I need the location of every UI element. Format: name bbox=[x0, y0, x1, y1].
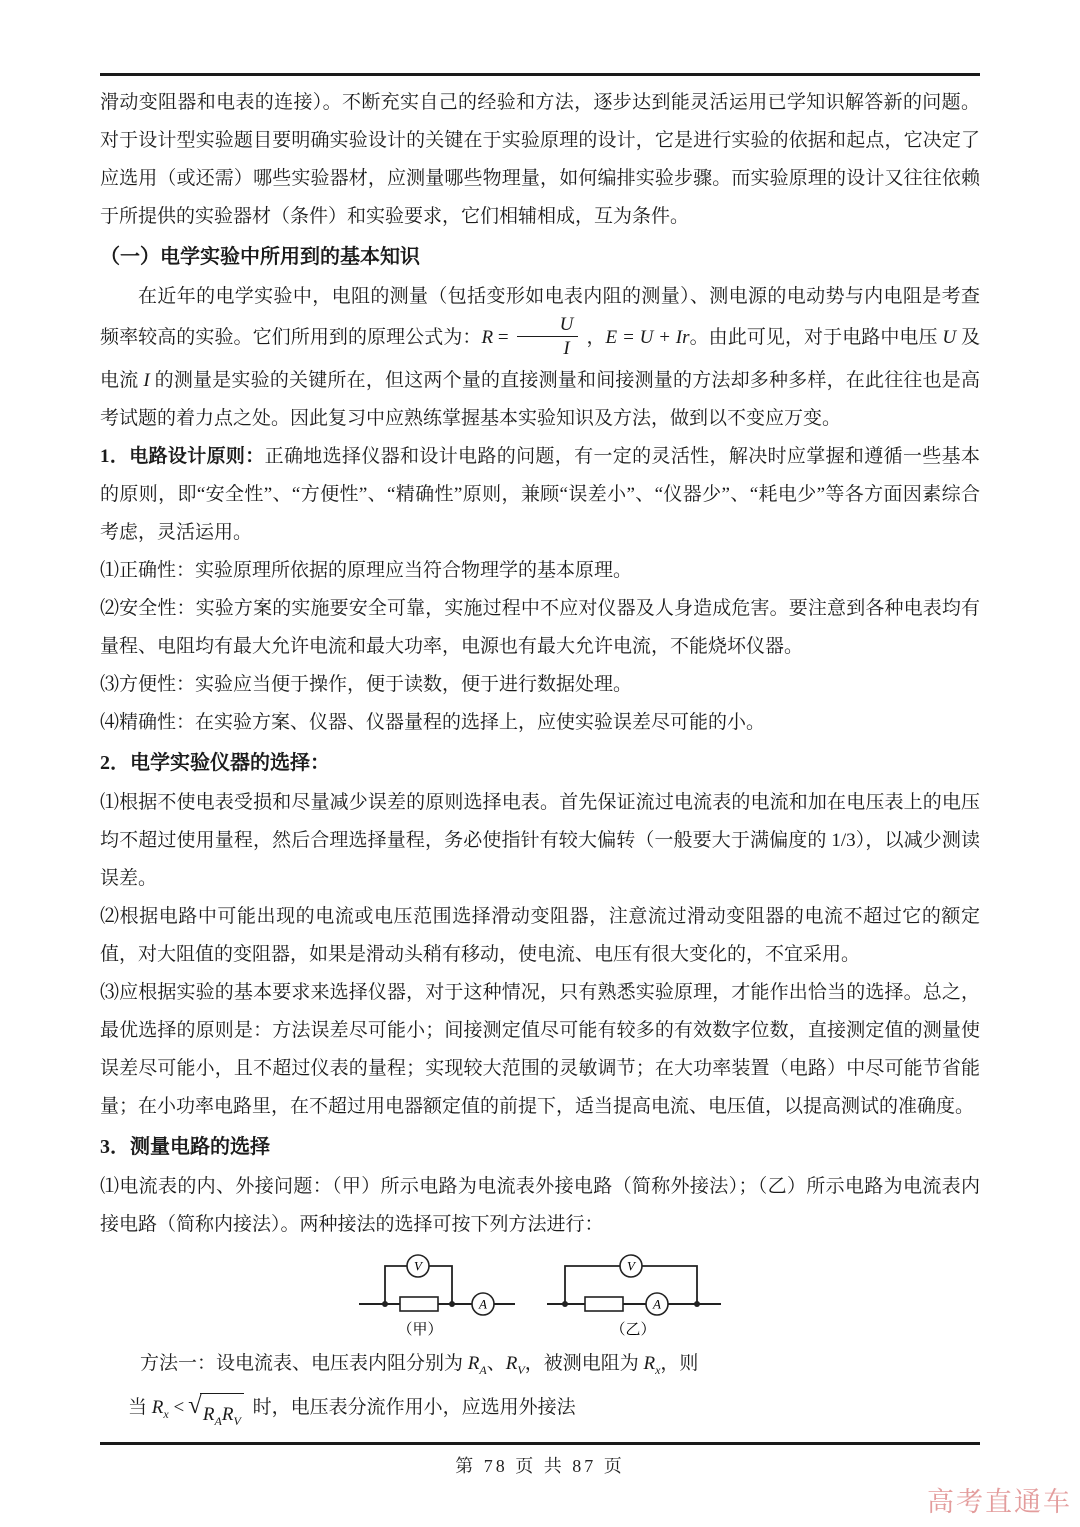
overview-text-mid1: 。由此可见，对于电路中电压 bbox=[690, 327, 943, 348]
diagram-label-jia: （甲） bbox=[397, 1321, 442, 1338]
method-text-end: ，则 bbox=[660, 1353, 698, 1374]
var-rv: R bbox=[506, 1353, 518, 1374]
resistor-icon bbox=[400, 1297, 438, 1311]
top-rule bbox=[100, 73, 980, 76]
var-rv-sub: V bbox=[517, 1363, 524, 1377]
formula-emf: E = U + Ir bbox=[606, 327, 690, 348]
rule-text-pre: 当 bbox=[128, 1397, 152, 1418]
principle-item-correctness: ⑴正确性：实验原理所依据的原理应当符合物理学的基本原理。 bbox=[100, 552, 980, 590]
method-separator: 、 bbox=[487, 1353, 506, 1374]
method-one-rule-line: 当 Rx <√RARV 时，电压表分流作用小，应选用外接法 bbox=[100, 1389, 980, 1440]
var-ra: R bbox=[468, 1353, 480, 1374]
method-text-pre: 方法一：设电流表、电压表内阻分别为 bbox=[140, 1353, 468, 1374]
radicand: RARV bbox=[200, 1393, 244, 1440]
formula-fraction: UI bbox=[514, 314, 582, 360]
measurement-heading: 3．测量电路的选择 bbox=[100, 1128, 980, 1166]
section-heading: （一）电学实验中所用到的基本知识 bbox=[100, 238, 980, 276]
diagram-label-yi: （乙） bbox=[610, 1321, 655, 1338]
junction-dot bbox=[382, 1301, 388, 1307]
principle-item-accuracy: ⑷精确性：在实验方案、仪器、仪器量程的选择上，应使实验误差尽可能的小。 bbox=[100, 704, 980, 742]
var-rv: R bbox=[222, 1404, 234, 1425]
page-content: 滑动变阻器和电表的连接）。不断充实自己的经验和方法，逐步达到能灵活运用已学知识解… bbox=[0, 73, 1080, 1440]
less-than-sign: < bbox=[173, 1397, 184, 1418]
rule-text-post: 时，电压表分流作用小，应选用外接法 bbox=[248, 1397, 576, 1418]
principle-item-safety: ⑵安全性：实验方案的实施要安全可靠，实施过程中不应对仪器及人身造成危害。要注意到… bbox=[100, 590, 980, 666]
page-number: 第 78 页 共 87 页 bbox=[0, 1452, 1080, 1478]
principles-paragraph: 1．电路设计原则：正确地选择仪器和设计电路的问题，有一定的灵活性，解决时应掌握和… bbox=[100, 438, 980, 552]
ammeter-label: A bbox=[652, 1296, 661, 1311]
watermark: 高考直通车 bbox=[927, 1480, 1072, 1519]
resistor-icon bbox=[585, 1297, 623, 1311]
var-ra-sub: A bbox=[479, 1363, 486, 1377]
method-text-mid: ，被测电阻为 bbox=[525, 1353, 644, 1374]
measurement-item-1: ⑴电流表的内、外接问题：（甲）所示电路为电流表外接电路（简称外接法）；（乙）所示… bbox=[100, 1168, 980, 1244]
var-ra: R bbox=[203, 1404, 215, 1425]
instrument-item-2: ⑵根据电路中可能出现的电流或电压范围选择滑动变阻器，注意流过滑动变阻器的电流不超… bbox=[100, 898, 980, 974]
overview-paragraph: 在近年的电学实验中，电阻的测量（包括变形如电表内阻的测量）、测电源的电动势与内电… bbox=[100, 278, 980, 438]
fraction-denominator: I bbox=[517, 336, 577, 360]
var-rx-sub: x bbox=[163, 1407, 168, 1421]
junction-dot bbox=[449, 1301, 455, 1307]
instrument-item-1: ⑴根据不使电表受损和尽量减少误差的原则选择电表。首先保证流过电流表的电流和加在电… bbox=[100, 784, 980, 898]
var-rx: R bbox=[643, 1353, 655, 1374]
instrument-item-3: ⑶应根据实验的基本要求来选择仪器，对于这种情况，只有熟悉实验原理，才能作出恰当的… bbox=[100, 974, 980, 1126]
junction-dot bbox=[694, 1301, 700, 1307]
junction-dot bbox=[562, 1301, 568, 1307]
formula-r-equals: = bbox=[498, 327, 509, 348]
bottom-rule bbox=[100, 1442, 980, 1445]
circuit-diagram-jia-external: V A （甲） bbox=[357, 1252, 517, 1340]
document-page: 滑动变阻器和电表的连接）。不断充实自己的经验和方法，逐步达到能灵活运用已学知识解… bbox=[0, 0, 1080, 1527]
var-voltage: U bbox=[942, 327, 956, 348]
ammeter-label: A bbox=[478, 1296, 487, 1311]
var-ra-sub: A bbox=[215, 1414, 222, 1428]
overview-comma: ， bbox=[586, 327, 605, 348]
principles-heading: 1．电路设计原则： bbox=[100, 446, 265, 467]
var-rv-sub: V bbox=[233, 1414, 240, 1428]
principle-item-convenience: ⑶方便性：实验应当便于操作，便于读数，便于进行数据处理。 bbox=[100, 666, 980, 704]
var-rx: R bbox=[152, 1397, 164, 1418]
circuit-diagrams: V A （甲） A V （乙） bbox=[100, 1252, 980, 1345]
method-one-line: 方法一：设电流表、电压表内阻分别为 RA、RV，被测电阻为 Rx，则 bbox=[100, 1345, 980, 1389]
intro-paragraph: 滑动变阻器和电表的连接）。不断充实自己的经验和方法，逐步达到能灵活运用已学知识解… bbox=[100, 84, 980, 236]
overview-text-post: 的测量是实验的关键所在，但这两个量的直接测量和间接测量的方法却多种多样，在此往往… bbox=[100, 370, 980, 429]
instruments-heading: 2．电学实验仪器的选择： bbox=[100, 744, 980, 782]
square-root-expression: √RARV bbox=[188, 1393, 244, 1440]
formula-r-lhs: R bbox=[481, 327, 493, 348]
fraction-numerator: U bbox=[514, 314, 582, 336]
circuit-diagram-yi-internal: A V （乙） bbox=[545, 1252, 723, 1340]
